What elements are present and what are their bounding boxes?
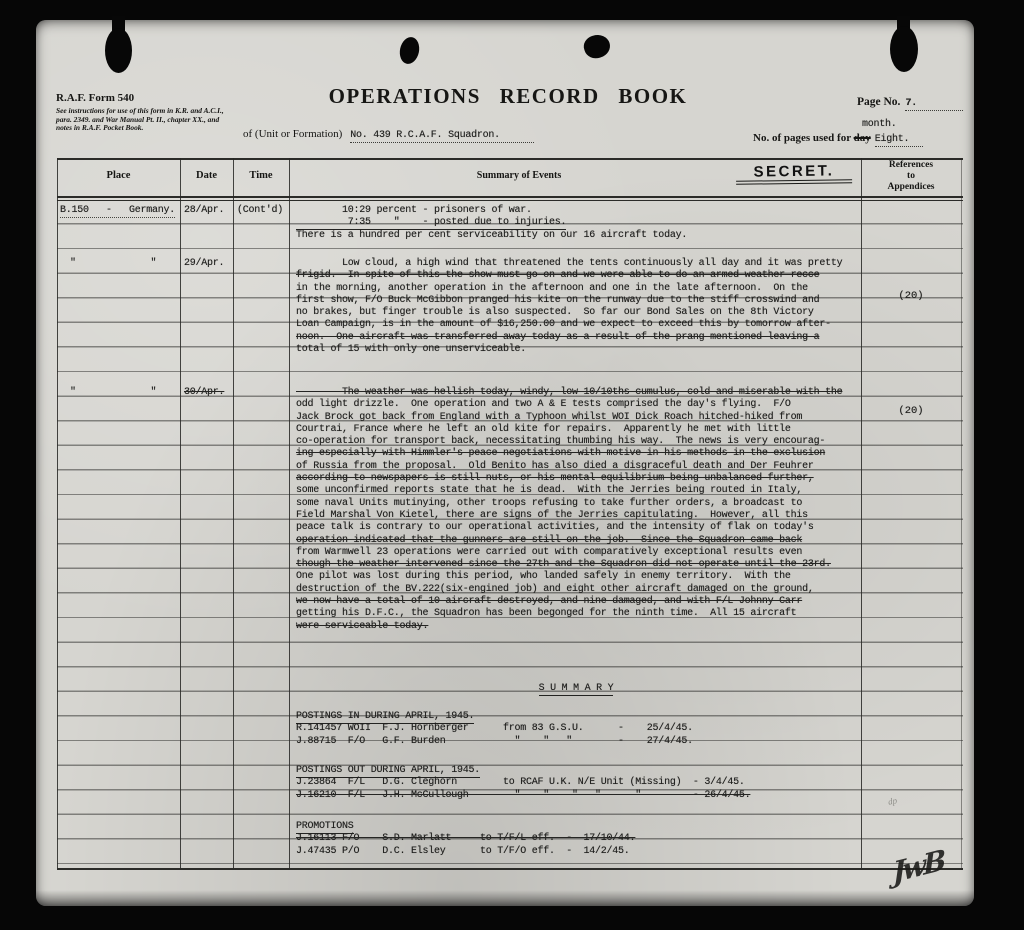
summary-line: though the weather intervened since the …: [296, 559, 842, 571]
summary-line: J.23864 F/L D.G. Cleghorn to RCAF U.K. N…: [296, 777, 750, 789]
reference-value: (20): [861, 405, 961, 417]
summary-line: 10:29 percent - prisoners of war.: [296, 205, 687, 217]
summary-line: in the morning, another operation in the…: [296, 283, 842, 295]
summary-lines: The weather was hellish today, windy, lo…: [296, 387, 842, 633]
summary-line: There is a hundred per cent serviceabili…: [296, 230, 687, 242]
orb-table: Place Date Time Summary of Events SECRET…: [36, 20, 974, 906]
summary-line: Jack Brock got back from England with a …: [296, 412, 842, 424]
summary-line: PROMOTIONS: [296, 821, 635, 833]
summary-lines: POSTINGS IN DURING APRIL, 1945.R.141457 …: [296, 711, 693, 748]
summary-line: One pilot was lost during this period, w…: [296, 571, 842, 583]
place-cell: " ": [70, 258, 156, 269]
summary-line: peace talk is contrary to our operationa…: [296, 522, 842, 534]
summary-line: co-operation for transport back, necessi…: [296, 436, 842, 448]
summary-line: from Warmwell 23 operations were carried…: [296, 547, 842, 559]
paper: R.A.F. Form 540 See instructions for use…: [36, 20, 974, 906]
summary-lines: S U M M A R Y: [296, 683, 856, 695]
summary-line: The weather was hellish today, windy, lo…: [296, 387, 842, 399]
summary-line: we now have a total of 10 aircraft destr…: [296, 596, 842, 608]
place-cell: B.150 - Germany.: [60, 205, 175, 218]
summary-line: were serviceable today.: [296, 621, 842, 633]
date-cell: 28/Apr.: [184, 205, 224, 216]
summary-line: 7:35 " - posted due to injuries.: [296, 217, 687, 229]
summary-lines: 10:29 percent - prisoners of war. 7:35 "…: [296, 205, 687, 242]
underlined-heading: PROMOTIONS: [296, 821, 354, 834]
summary-line: Loan Campaign, is in the amount of $16,2…: [296, 319, 842, 331]
summary-line: destruction of the BV.222(six-engined jo…: [296, 584, 842, 596]
summary-line: Low cloud, a high wind that threatened t…: [296, 258, 842, 270]
summary-line: getting his D.F.C., the Squadron has bee…: [296, 608, 842, 620]
reference-value: (20): [861, 290, 961, 302]
summary-line: Field Marshal Von Kietel, there are sign…: [296, 510, 842, 522]
time-cell: (Cont'd): [237, 205, 283, 216]
summary-line: J.47435 P/O D.C. Elsley to T/F/O eff. - …: [296, 846, 635, 858]
place-cell: " ": [70, 387, 156, 398]
summary-line: POSTINGS OUT DURING APRIL, 1945.: [296, 765, 750, 777]
summary-line: Courtrai, France where he left an old ki…: [296, 424, 842, 436]
underlined-heading: S U M M A R Y: [539, 683, 614, 696]
underlined-heading: 7:35 " - posted due to injuries.: [296, 217, 566, 230]
summary-line: operation indicated that the gunners are…: [296, 535, 842, 547]
summary-line: J.88715 F/O G.F. Burden " " " - 27/4/45.: [296, 736, 693, 748]
summary-line: no brakes, but finger trouble is also su…: [296, 307, 842, 319]
summary-lines: POSTINGS OUT DURING APRIL, 1945.J.23864 …: [296, 765, 750, 802]
summary-line: some unconfirmed reports state that he i…: [296, 485, 842, 497]
date-cell: 30/Apr.: [184, 387, 224, 398]
summary-line: some naval Units mutinying, other troops…: [296, 498, 842, 510]
summary-line: frigid. In spite of this the show must g…: [296, 270, 842, 282]
summary-line: first show, F/O Buck McGibbon pranged hi…: [296, 295, 842, 307]
summary-lines: PROMOTIONSJ.16113 F/O S.D. Marlatt to T/…: [296, 821, 635, 858]
summary-line: POSTINGS IN DURING APRIL, 1945.: [296, 711, 693, 723]
summary-line: J.16210 F/L J.H. McCullough " " " " " - …: [296, 790, 750, 802]
scan-frame: R.A.F. Form 540 See instructions for use…: [0, 0, 1024, 930]
summary-line: S U M M A R Y: [296, 683, 856, 695]
summary-line: J.16113 F/O S.D. Marlatt to T/F/L eff. -…: [296, 833, 635, 845]
summary-line: of Russia from the proposal. Old Benito …: [296, 461, 842, 473]
underlined-heading: POSTINGS OUT DURING APRIL, 1945.: [296, 765, 480, 778]
table-body: B.150 - Germany.28/Apr.(Cont'd) 10:29 pe…: [36, 20, 974, 906]
pencil-note: dp: [887, 795, 898, 806]
summary-line: total of 15 with only one unserviceable.: [296, 344, 842, 356]
summary-line: according to newspapers is still nuts, o…: [296, 473, 842, 485]
summary-lines: Low cloud, a high wind that threatened t…: [296, 258, 842, 356]
summary-line: R.141457 WOII F.J. Hornberger from 83 G.…: [296, 723, 693, 735]
date-cell: 29/Apr.: [184, 258, 224, 269]
summary-line: odd light drizzle. One operation and two…: [296, 399, 842, 411]
underlined-heading: POSTINGS IN DURING APRIL, 1945.: [296, 711, 474, 724]
summary-line: ing especially with Himmler's peace nego…: [296, 448, 842, 460]
summary-line: noon. One aircraft was transferred away …: [296, 332, 842, 344]
